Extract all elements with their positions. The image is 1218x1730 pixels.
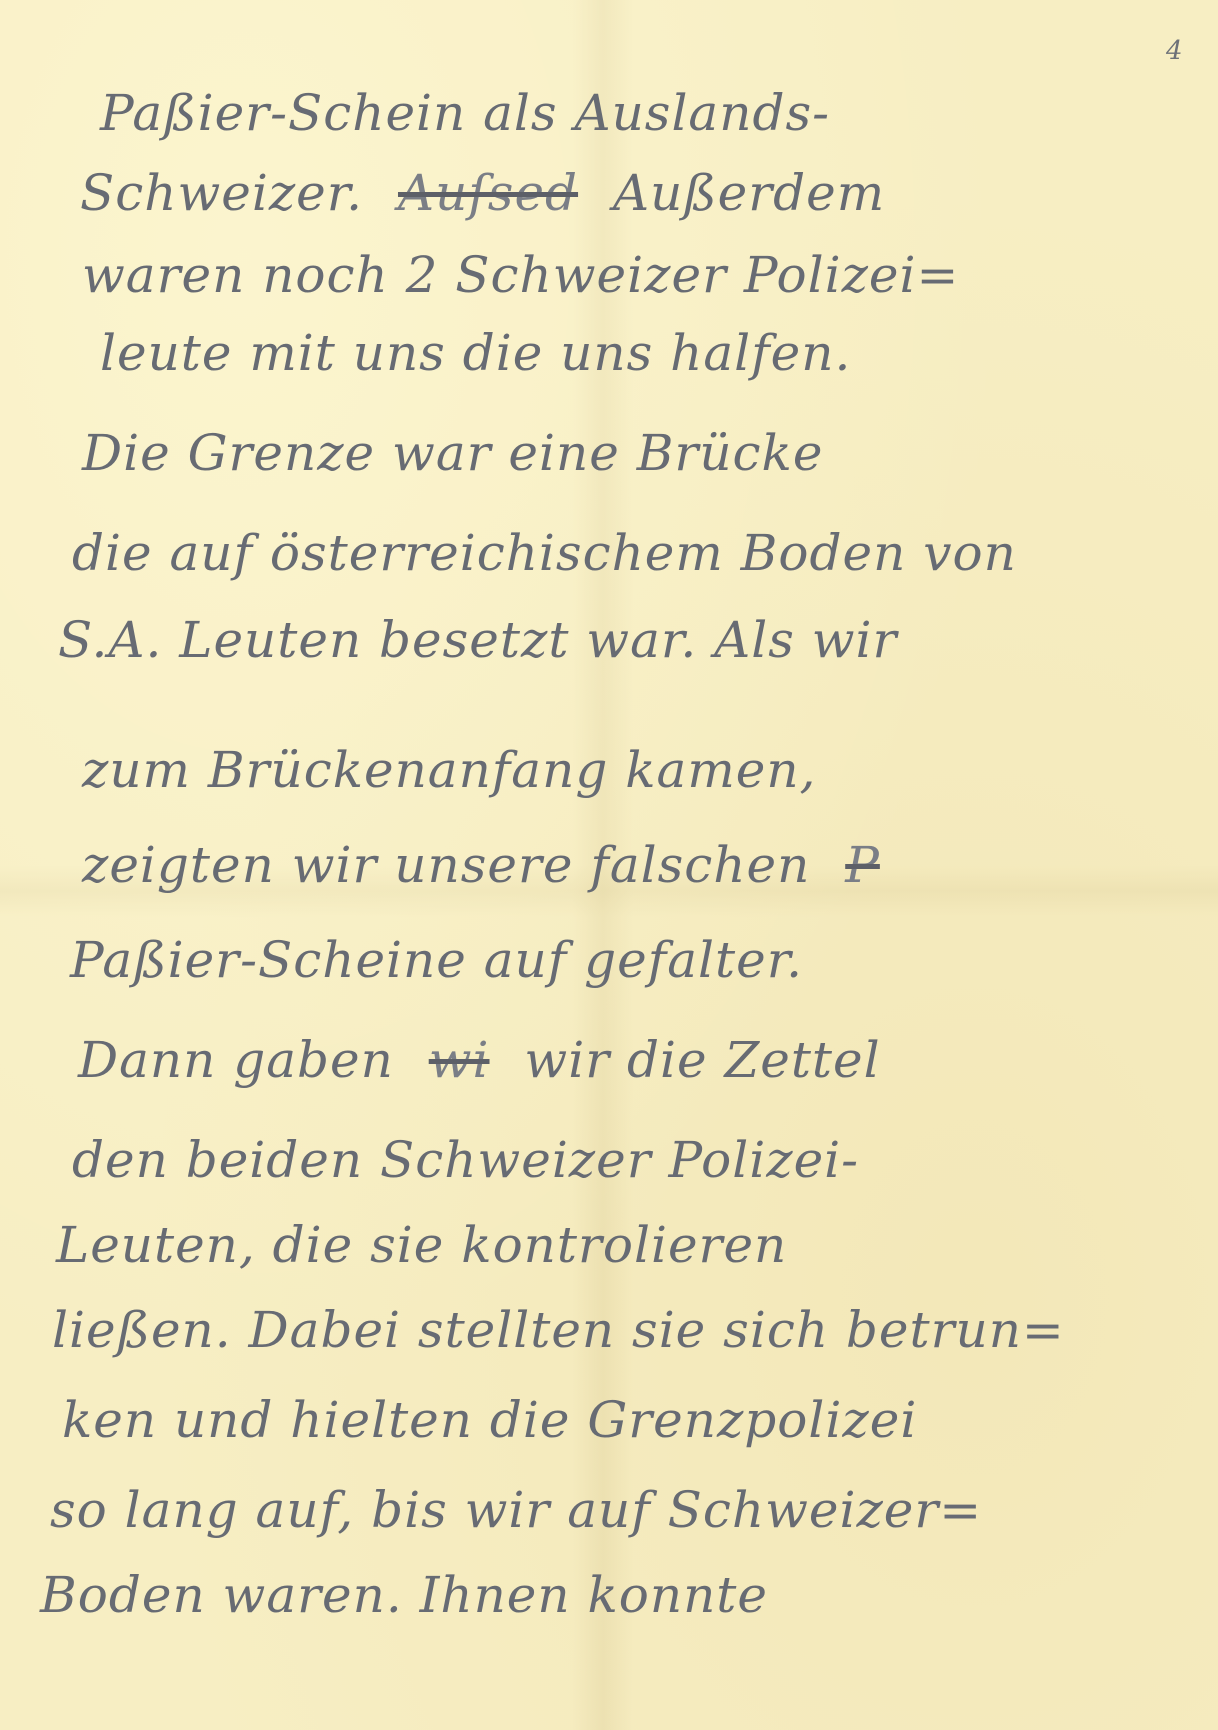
line-text: Die Grenze war eine Brücke [82, 424, 823, 482]
letter-line-14: ließen. Dabei stellten sie sich betrun= [52, 1305, 1065, 1355]
line-text: so lang auf, bis wir auf Schweizer= [50, 1481, 982, 1539]
line-text: S.A. Leuten besetzt war. Als wir [58, 611, 897, 669]
line-text: zum Brückenanfang kamen, [82, 741, 816, 799]
line-text: Paßier-Schein als Auslands- [100, 84, 830, 142]
struck-letter: P [845, 836, 880, 894]
letter-line-13: Leuten, die sie kontrolieren [56, 1220, 787, 1270]
line-text-after: wir die Zettel [524, 1031, 880, 1089]
letter-line-12: den beiden Schweizer Polizei- [72, 1135, 859, 1185]
letter-line-15: ken und hielten die Grenzpolizei [62, 1395, 917, 1445]
page-number: 4 [1166, 36, 1183, 66]
line-text: Boden waren. Ihnen konnte [40, 1566, 768, 1624]
line-text-after: Außerdem [613, 164, 885, 222]
letter-line-1: Paßier-Schein als Auslands- [100, 88, 830, 138]
line-text: Dann gaben [78, 1031, 394, 1089]
line-text: Leuten, die sie kontrolieren [56, 1216, 787, 1274]
line-text: waren noch 2 Schweizer Polizei= [82, 246, 959, 304]
letter-line-17: Boden waren. Ihnen konnte [40, 1570, 768, 1620]
line-text: zeigten wir unsere falschen [82, 836, 810, 894]
handwritten-letter-page: 4 Paßier-Schein als Auslands- Schweizer.… [0, 0, 1218, 1730]
letter-line-8: zum Brückenanfang kamen, [82, 745, 816, 795]
letter-line-5: Die Grenze war eine Brücke [82, 428, 823, 478]
letter-line-2: Schweizer. Auſsed Außerdem [80, 168, 885, 218]
struck-word: wi [429, 1031, 490, 1089]
line-text: ken und hielten die Grenzpolizei [62, 1391, 917, 1449]
letter-line-3: waren noch 2 Schweizer Polizei= [82, 250, 959, 300]
letter-line-16: so lang auf, bis wir auf Schweizer= [50, 1485, 982, 1535]
letter-line-6: die auf österreichischem Boden von [72, 528, 1017, 578]
line-text: leute mit uns die uns halfen. [100, 324, 851, 382]
line-text: Paßier-Scheine auf gefalter. [70, 931, 803, 989]
line-text: ließen. Dabei stellten sie sich betrun= [52, 1301, 1065, 1359]
letter-line-10: Paßier-Scheine auf gefalter. [70, 935, 803, 985]
letter-line-7: S.A. Leuten besetzt war. Als wir [58, 615, 897, 665]
line-text: Schweizer. [80, 164, 363, 222]
struck-word: Auſsed [398, 164, 578, 222]
letter-line-9: zeigten wir unsere falschen P [82, 840, 880, 890]
line-text: den beiden Schweizer Polizei- [72, 1131, 859, 1189]
letter-line-11: Dann gaben wi wir die Zettel [78, 1035, 881, 1085]
line-text: die auf österreichischem Boden von [72, 524, 1017, 582]
letter-line-4: leute mit uns die uns halfen. [100, 328, 851, 378]
